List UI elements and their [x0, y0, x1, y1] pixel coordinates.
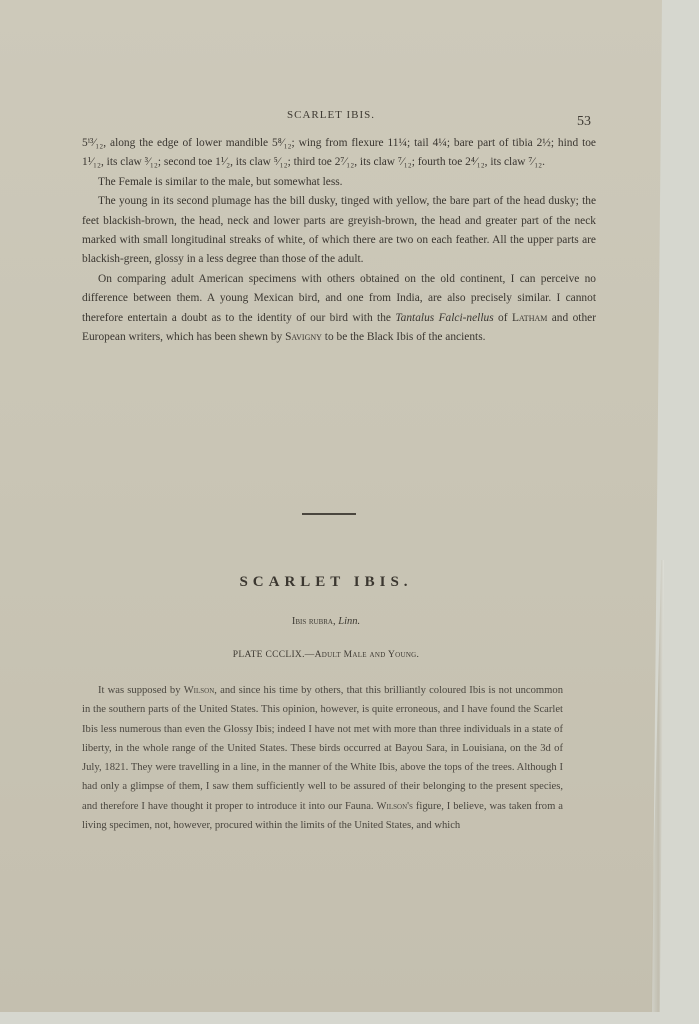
plate-caption: Adult Male and Young.: [315, 650, 420, 660]
continued-description-section: 5ⁱ³⁄₁₂, along the edge of lower mandible…: [82, 134, 596, 347]
author-savigny: Savigny: [285, 331, 322, 343]
plate-label: PLATE CCCLIX.—: [233, 650, 315, 660]
article-body-paragraph: It was supposed by Wilson, and since his…: [82, 681, 563, 835]
latin-name-line: Ibis rubra, Linn.: [0, 616, 652, 627]
comparison-text-4: to be the Black Ibis of the ancients.: [322, 331, 486, 343]
latin-authority: Linn.: [338, 616, 360, 627]
body-text-2: , and since his time by others, that thi…: [82, 685, 563, 812]
author-latham: Latham: [512, 312, 547, 324]
book-page: SCARLET IBIS. 53 5ⁱ³⁄₁₂, along the edge …: [0, 0, 662, 1012]
author-wilson-possessive: Wilson's: [377, 801, 413, 812]
latin-name: Ibis rubra: [292, 616, 333, 627]
comparison-paragraph: On comparing adult American specimens wi…: [82, 270, 596, 348]
measurements-text: 5ⁱ³⁄₁₂, along the edge of lower mandible…: [82, 137, 596, 168]
plate-caption-line: PLATE CCCLIX.—Adult Male and Young.: [0, 650, 652, 660]
female-paragraph: The Female is similar to the male, but s…: [82, 173, 596, 192]
section-divider-rule: [302, 513, 356, 515]
species-name-italic: Tantalus Falci-nellus: [395, 312, 493, 324]
body-text-1: It was supposed by: [98, 685, 184, 696]
comparison-text-2: of: [494, 312, 512, 324]
female-text: The Female is similar to the male, but s…: [98, 176, 343, 188]
running-head: SCARLET IBIS.: [0, 109, 662, 121]
article-title: SCARLET IBIS.: [0, 574, 652, 591]
young-plumage-paragraph: The young in its second plumage has the …: [82, 192, 596, 270]
young-plumage-text: The young in its second plumage has the …: [82, 195, 596, 265]
author-wilson: Wilson: [184, 685, 215, 696]
page-number: 53: [577, 114, 591, 130]
measurements-paragraph: 5ⁱ³⁄₁₂, along the edge of lower mandible…: [82, 134, 596, 173]
article-body: It was supposed by Wilson, and since his…: [82, 681, 563, 835]
